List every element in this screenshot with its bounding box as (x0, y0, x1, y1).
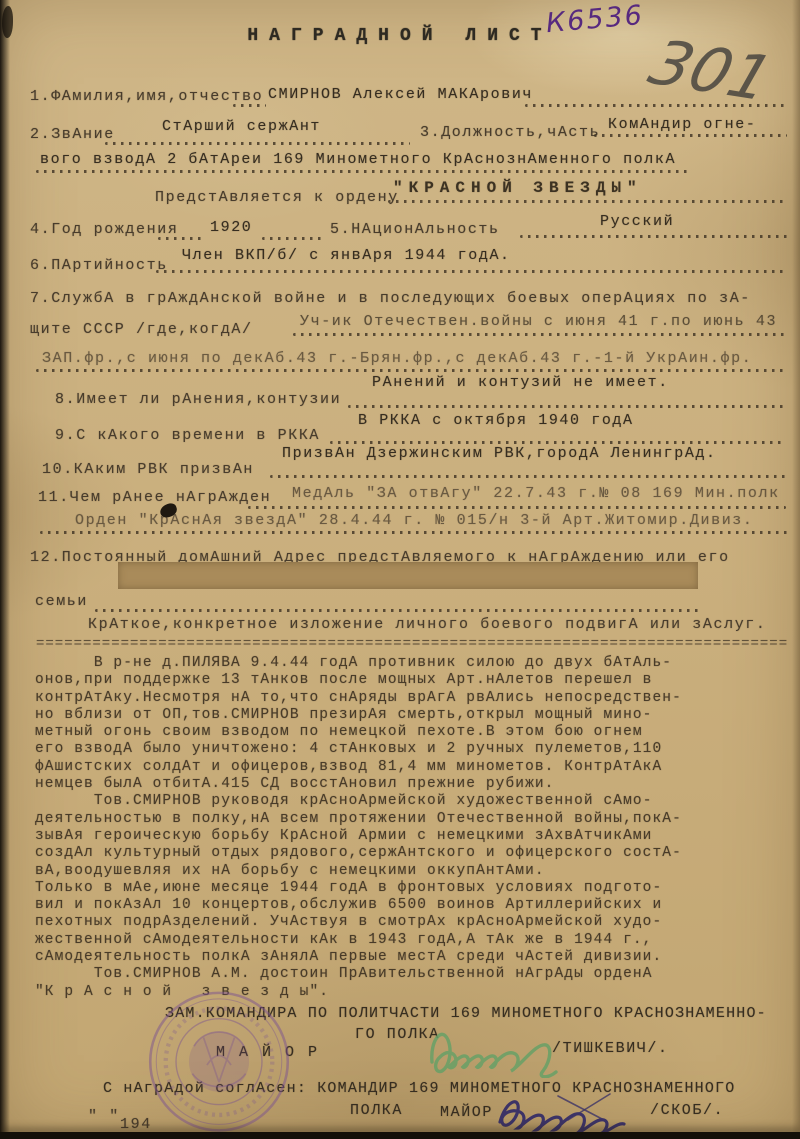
summary-heading: КрАткое,конкретное изложение личного бое… (88, 616, 767, 633)
commander-rank: МАЙОР (440, 1104, 493, 1121)
field-4-label: 4.Год рождения (30, 221, 178, 238)
scan-edge-left (0, 0, 10, 1139)
dotted-leader (40, 531, 788, 534)
signature-skob (492, 1088, 642, 1138)
dotted-leader (36, 369, 784, 372)
dotted-leader (158, 237, 204, 240)
field-11-label: 11.Чем рАнее нАгрАжден (38, 489, 271, 506)
dotted-leader (36, 170, 691, 173)
field-1-value: СМИРНОВ Алексей МАКАрович (268, 86, 533, 103)
field-1-label: 1.ФАмилия,имя,отчество (30, 88, 263, 105)
field-7-value-line2: ЗАП.фр.,с июня по декАб.43 г.-Брян.фр.,с… (42, 350, 752, 367)
dotted-leader (270, 475, 786, 478)
dotted-leader (233, 104, 266, 107)
commander-name: /СКОБ/. (650, 1102, 724, 1119)
dotted-leader (293, 333, 787, 336)
date-quotes: " " (88, 1108, 120, 1125)
field-5-value: Русский (600, 213, 674, 230)
field-8-value: РАнений и контузий не имеет. (372, 374, 669, 391)
field-3-label: 3.Должность,чАсть (420, 124, 600, 141)
field-9-value: В РККА с октября 1940 годА (358, 412, 634, 429)
field-7-label-line1: 7.СлужбА в грАждАнской войне и в последу… (30, 290, 751, 307)
field-10-value: ПризвАн Дзержинским РВК,городА ЛенингрАд… (282, 445, 717, 462)
dotted-leader (348, 405, 786, 408)
field-11-value-line2: Орден "КрАснАя звездА" 28.4.44 г. № 015/… (75, 512, 754, 529)
field-6-value: Член ВКП/б/ с янвАря 1944 годА. (182, 247, 511, 264)
citation-text: В р-не д.ПИЛЯВА 9.4.44 годА противник си… (35, 655, 787, 1001)
dotted-leader (520, 235, 788, 238)
dotted-leader (95, 609, 701, 612)
dotted-leader (248, 506, 786, 509)
dotted-leader (594, 134, 787, 137)
dotted-leader (105, 142, 410, 145)
official-stamp (130, 986, 308, 1139)
field-5-label: 5.НАционАльность (330, 221, 500, 238)
field-2-value: СтАрший сержАнт (162, 118, 321, 135)
dotted-leader (262, 237, 324, 240)
field-7-value-line1: Уч-ик Отечествен.войны с июня 41 г.по ию… (300, 313, 777, 330)
field-3-value-line1: КомАндир огне- (608, 116, 756, 133)
dotted-leader (156, 270, 788, 273)
scan-edge-right (792, 0, 800, 1139)
dotted-leader (388, 200, 788, 203)
field-8-label: 8.Имеет ли рАнения,контузии (55, 391, 341, 408)
field-3-value-line2: вого взводА 2 бАтАреи 169 Минометного Кр… (40, 151, 676, 168)
dotted-leader (330, 441, 786, 444)
field-6-label: 6.ПАртийность (30, 257, 168, 274)
commander-agreement-line2: ПОЛКА (350, 1102, 403, 1119)
field-2-label: 2.ЗвАние (30, 126, 115, 143)
field-4-value: 1920 (210, 219, 252, 236)
field-12-label-line2: семьи (35, 593, 88, 610)
signature-tishkevich (420, 1016, 590, 1078)
field-9-label: 9.С кАкого времени в РККА (55, 427, 320, 444)
field-7-label-line2: щите СССР /где,когдА/ (30, 321, 253, 338)
redaction-bar (118, 562, 698, 589)
field-10-label: 10.КАким РВК призвАн (42, 461, 254, 478)
order-value: "КРАСНОЙ ЗВЕЗДЫ" (393, 179, 643, 197)
field-11-value-line1: МедАль "ЗА отвАгу" 22.7.43 г.№ 08 169 Ми… (292, 485, 780, 502)
scan-edge-bottom (0, 1132, 800, 1139)
award-sheet-scan: НАГРАДНОЙ ЛИСТ К6536 301 1.ФАмилия,имя,о… (0, 0, 800, 1139)
separator-line: ========================================… (36, 636, 788, 652)
order-label: ПредстАвляется к ордену (155, 189, 399, 206)
dotted-leader (525, 104, 787, 107)
